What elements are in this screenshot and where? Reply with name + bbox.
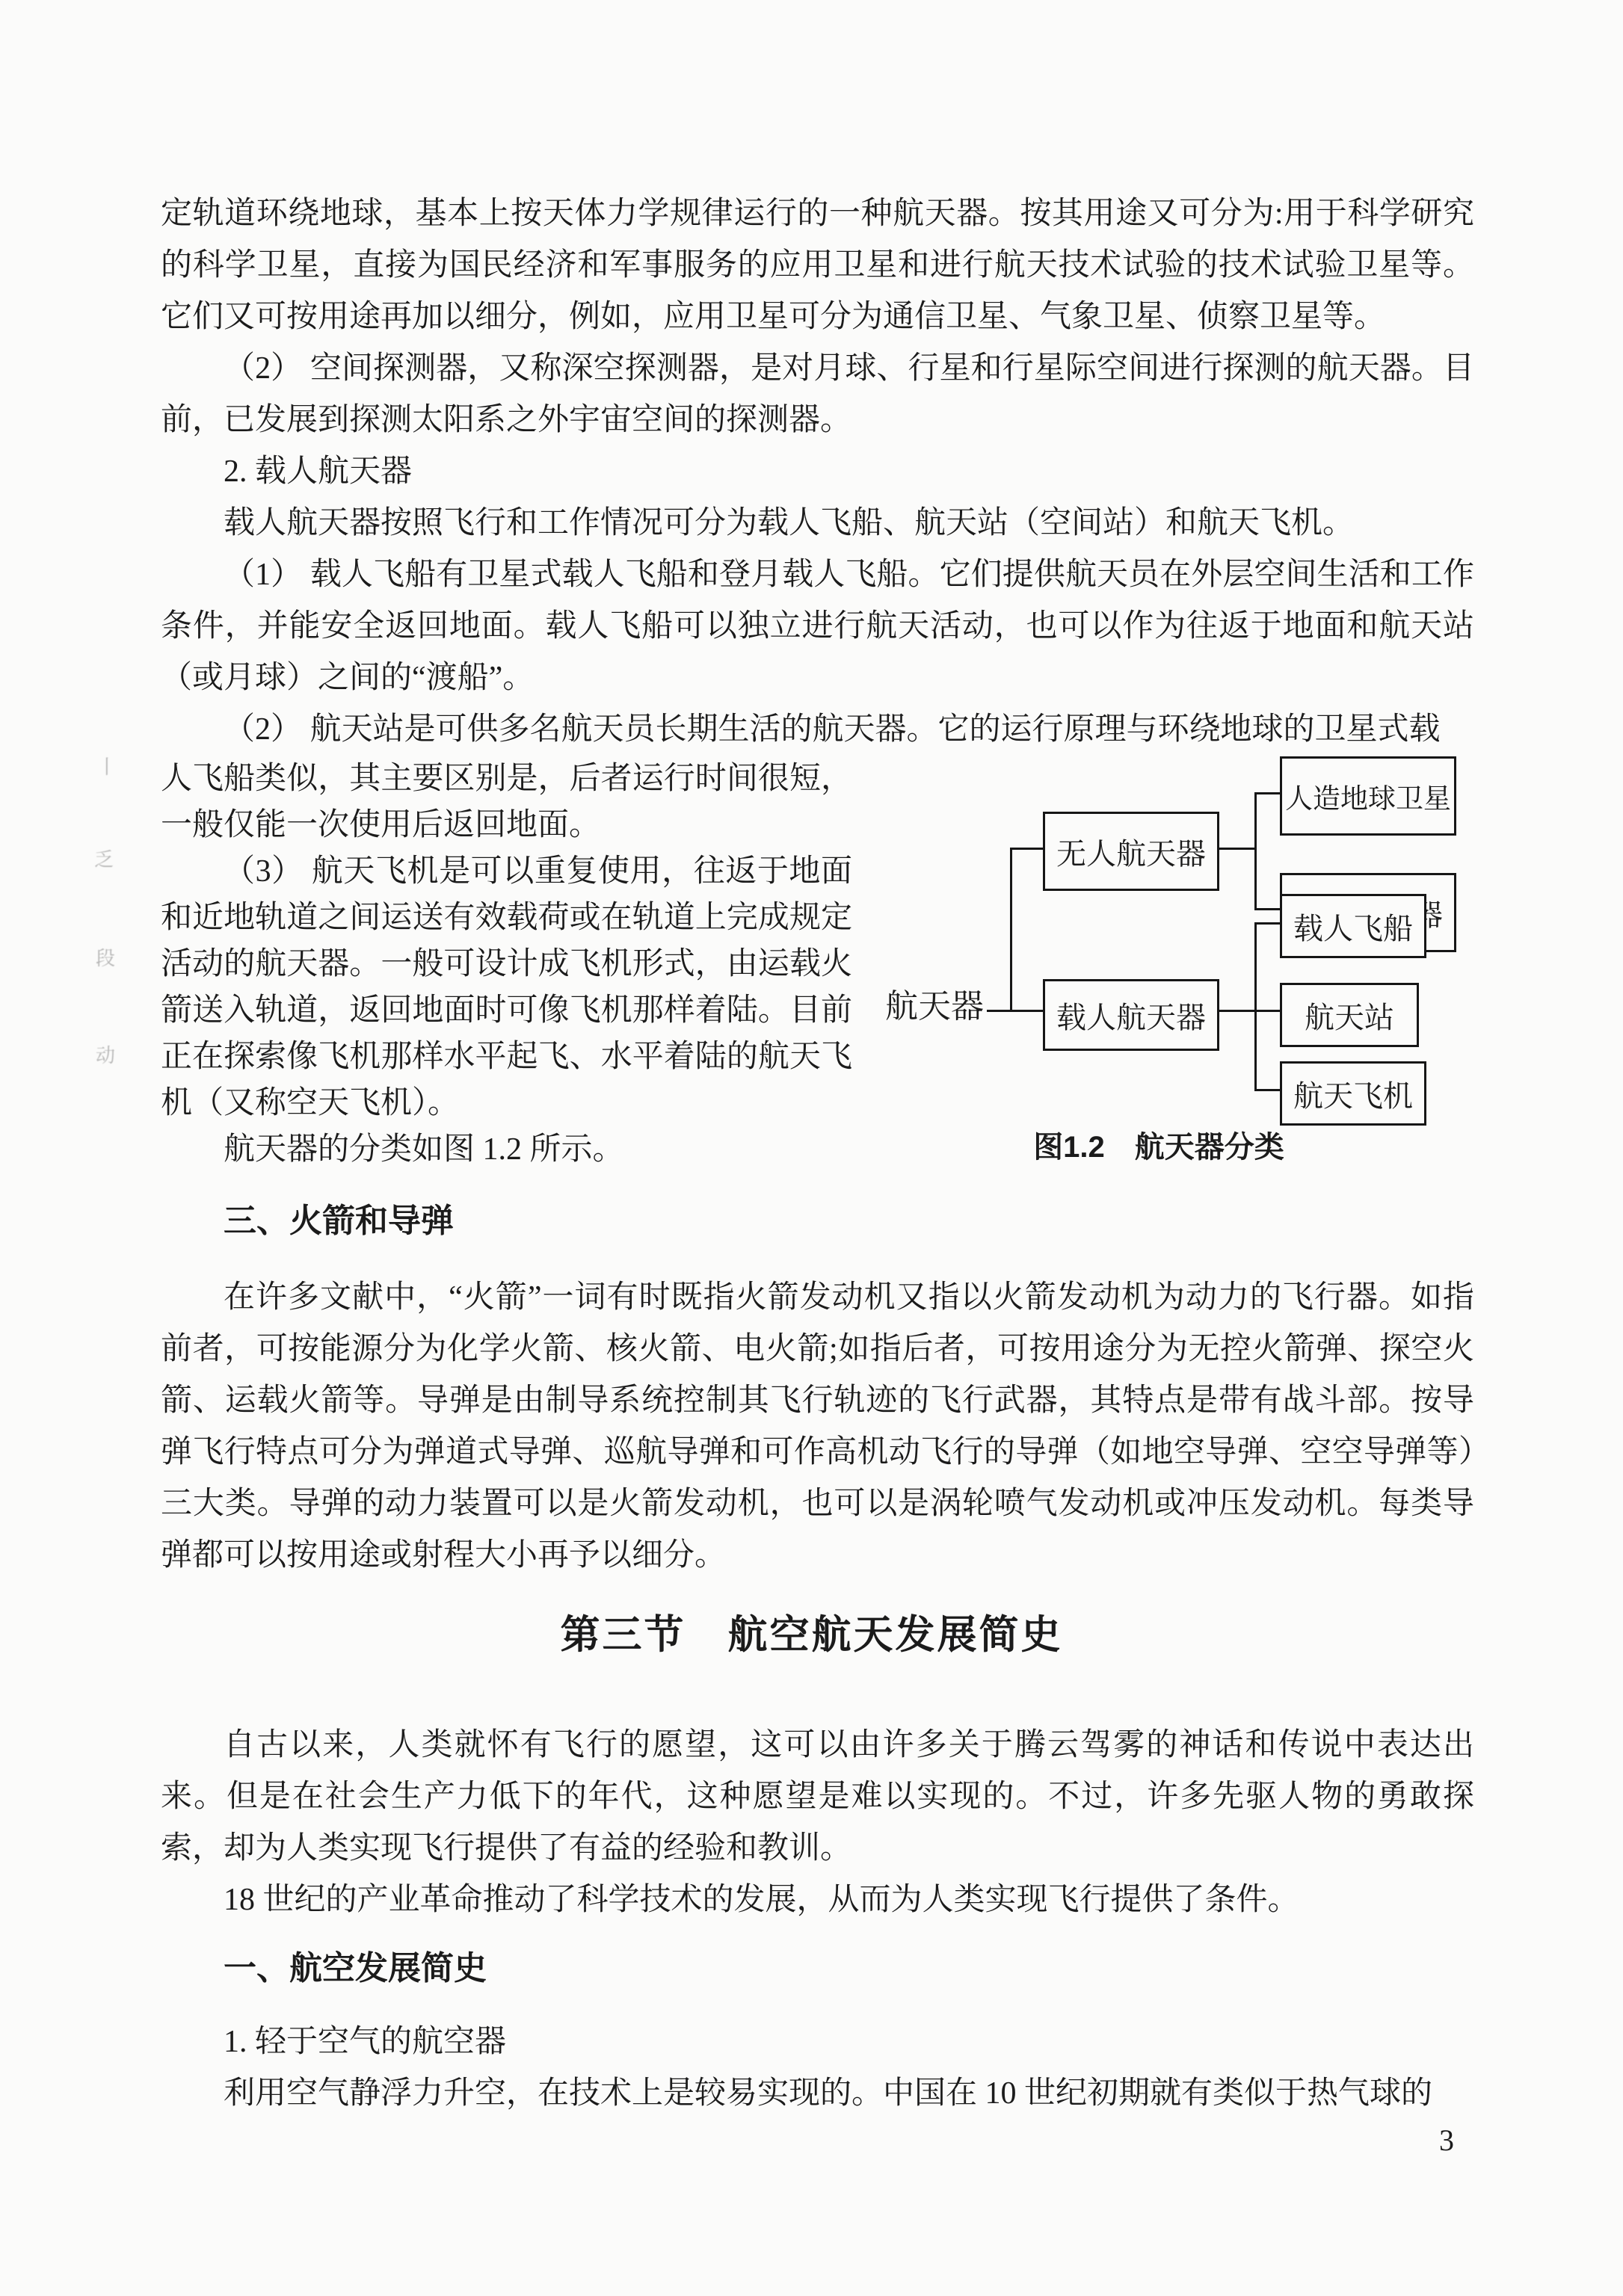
box-unmanned-spacecraft: 无人航天器 bbox=[1043, 812, 1219, 891]
figure-root-label: 航天器 bbox=[882, 984, 987, 1022]
paragraph-lighter-than-air: 利用空气静浮力升空，在技术上是较易实现的。中国在 10 世纪初期就有类似于热气球… bbox=[161, 2068, 1474, 2120]
heading-rockets-and-missiles: 三、火箭和导弹 bbox=[224, 1202, 896, 1241]
heading-aviation-history: 一、航空发展简史 bbox=[224, 1949, 896, 1988]
connector-line bbox=[1215, 848, 1257, 850]
connector-line bbox=[1012, 848, 1043, 850]
box-manned-spacecraft: 载人航天器 bbox=[1043, 979, 1219, 1051]
connector-line bbox=[1254, 792, 1257, 910]
paragraph-rockets-missiles: 在许多文献中，“火箭”一词有时既指火箭发动机又指以火箭发动机为动力的飞行器。如指… bbox=[161, 1272, 1474, 1581]
connector-line bbox=[987, 1010, 1012, 1012]
margin-bleed-mark: 丨 bbox=[97, 752, 117, 780]
paragraph-figure-reference: 航天器的分类如图 1.2 所示。 bbox=[161, 1126, 852, 1173]
subheading-lighter-than-air: 1. 轻于空气的航空器 bbox=[161, 2016, 1474, 2068]
margin-bleed-mark: 动 bbox=[96, 1040, 115, 1068]
paragraph-flight-dream: 自古以来，人类就怀有飞行的愿望，这可以由许多关于腾云驾雾的神话和传说中表达出来。… bbox=[161, 1720, 1474, 1874]
connector-line bbox=[1257, 922, 1280, 925]
paragraph-space-station-wrap: 人飞船类似，其主要区别是，后者运行时间很短，一般仅能一次使用后返回地面。 bbox=[161, 756, 852, 848]
figure-1-2-spacecraft-classification: 航天器 无人航天器 载人航天器 人造地球卫星 空间探测器 载人飞船 航天站 航天… bbox=[860, 740, 1518, 1173]
paragraph-space-probe: （2） 空间探测器，又称深空探测器，是对月球、行星和行星际空间进行探测的航天器。… bbox=[161, 343, 1474, 446]
paragraph-space-shuttle: （3） 航天飞机是可以重复使用，往返于地面和近地轨道之间运送有效载荷或在轨道上完… bbox=[161, 848, 852, 1126]
lighter-than-air-block: 1. 轻于空气的航空器 利用空气静浮力升空，在技术上是较易实现的。中国在 10 … bbox=[161, 2016, 1474, 2120]
margin-bleed-mark: 乏 bbox=[94, 845, 114, 872]
connector-line bbox=[1012, 1010, 1043, 1012]
connector-line bbox=[1010, 848, 1012, 1012]
paragraph-manned-intro: 载人航天器按照飞行和工作情况可分为载人飞船、航天站（空间站）和航天飞机。 bbox=[161, 498, 1474, 549]
connector-line bbox=[1254, 922, 1257, 1091]
box-space-station: 航天站 bbox=[1280, 983, 1419, 1047]
figure-caption: 图1.2 航天器分类 bbox=[905, 1123, 1413, 1166]
paragraph-satellite-continuation: 定轨道环绕地球，基本上按天体力学规律运行的一种航天器。按其用途又可分为:用于科学… bbox=[161, 188, 1474, 343]
connector-line bbox=[1257, 1089, 1280, 1091]
connector-line bbox=[1257, 792, 1280, 794]
scanned-textbook-page: 丨 乏 段 动 定轨道环绕地球，基本上按天体力学规律运行的一种航天器。按其用途又… bbox=[0, 0, 1623, 2296]
box-crewed-ship: 载人飞船 bbox=[1280, 894, 1426, 958]
margin-bleed-mark: 段 bbox=[96, 943, 115, 971]
connector-line bbox=[1215, 1010, 1280, 1012]
main-text-block: 定轨道环绕地球，基本上按天体力学规律运行的一种航天器。按其用途又可分为:用于科学… bbox=[161, 188, 1474, 756]
connector-line bbox=[1257, 908, 1280, 910]
rockets-missiles-block: 在许多文献中，“火箭”一词有时既指火箭发动机又指以火箭发动机为动力的飞行器。如指… bbox=[161, 1272, 1474, 1581]
narrow-text-block: 人飞船类似，其主要区别是，后者运行时间很短，一般仅能一次使用后返回地面。 （3）… bbox=[161, 756, 852, 1173]
section-title-aerospace-history: 第三节 航空航天发展简史 bbox=[0, 1611, 1623, 1659]
box-space-shuttle: 航天飞机 bbox=[1280, 1061, 1426, 1126]
subheading-manned-spacecraft: 2. 载人航天器 bbox=[161, 446, 1474, 498]
paragraph-industrial-revolution: 18 世纪的产业革命推动了科学技术的发展，从而为人类实现飞行提供了条件。 bbox=[161, 1874, 1474, 1926]
page-number: 3 bbox=[1420, 2123, 1473, 2158]
paragraph-manned-ship: （1） 载人飞船有卫星式载人飞船和登月载人飞船。它们提供航天员在外层空间生活和工… bbox=[161, 549, 1474, 704]
box-artificial-satellite: 人造地球卫星 bbox=[1280, 756, 1456, 836]
history-intro-block: 自古以来，人类就怀有飞行的愿望，这可以由许多关于腾云驾雾的神话和传说中表达出来。… bbox=[161, 1720, 1474, 1926]
